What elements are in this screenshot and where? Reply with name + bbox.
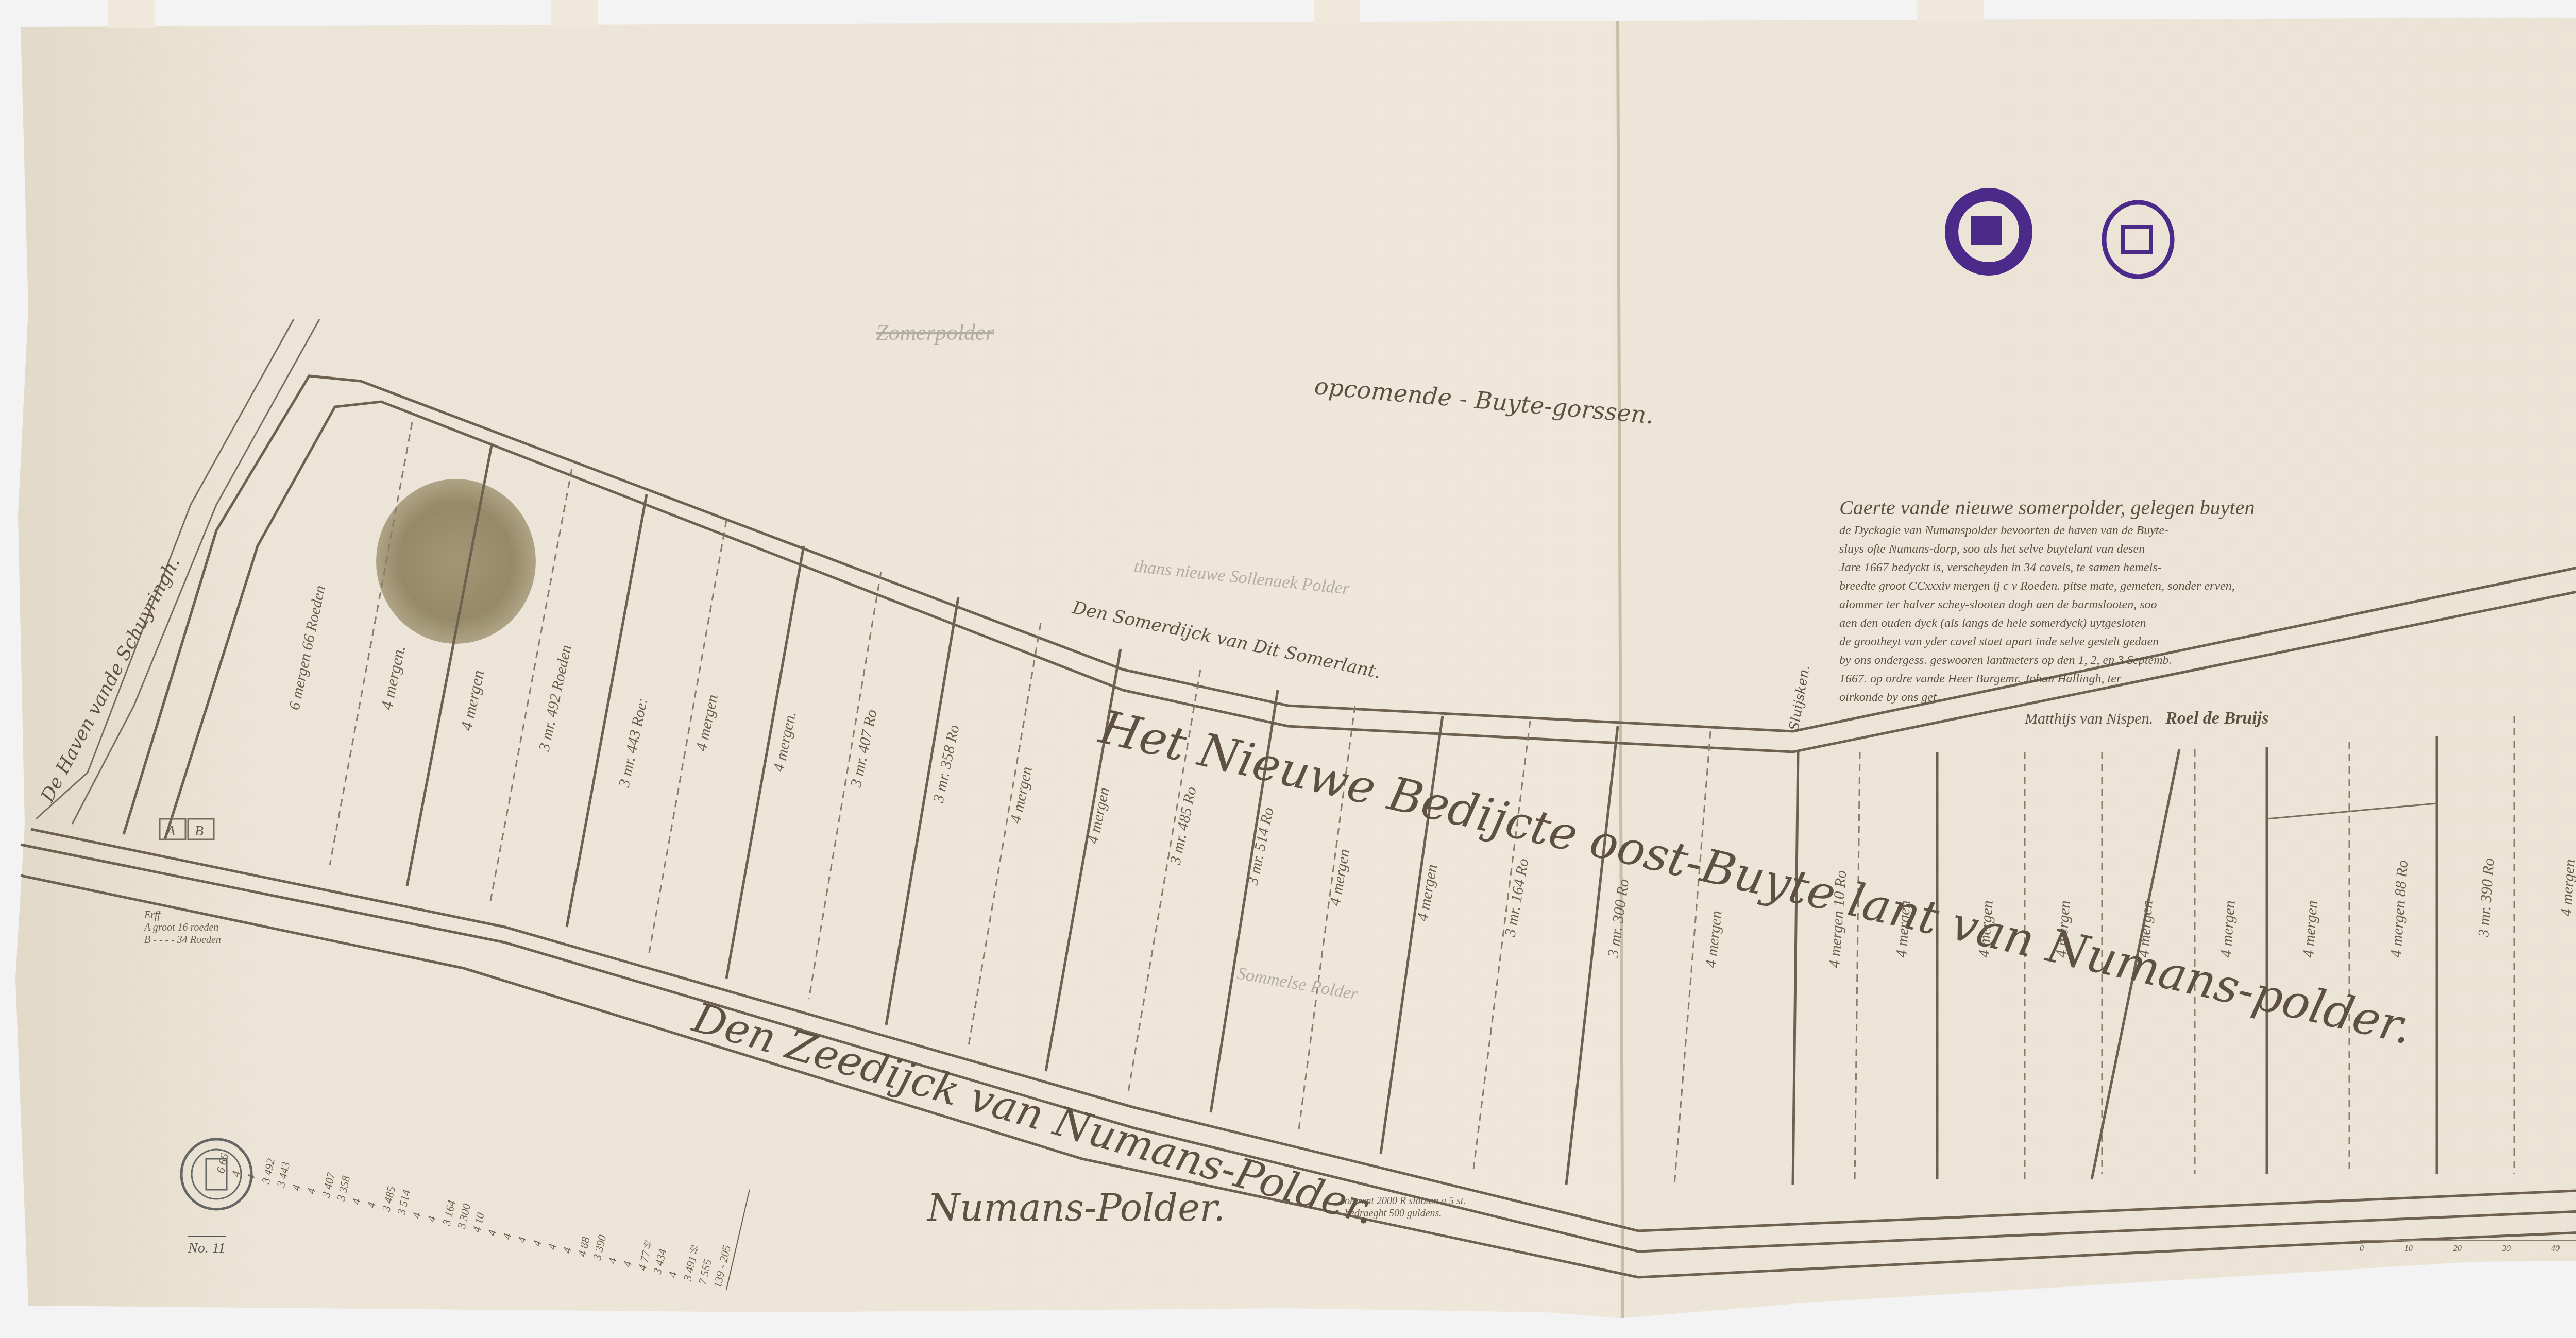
- cartouche-line: alommer ter halver schey-slooten dogh ae…: [1839, 595, 2488, 614]
- signature-surveyor-2: Roel de Bruijs: [2165, 709, 2268, 728]
- pencil-struck-label: Zomerpolder: [876, 320, 995, 345]
- svg-text:A: A: [165, 823, 176, 839]
- scale-bar: 150 pitse Roeden 01020304050607080901001…: [2360, 1223, 2576, 1254]
- water-stain: [376, 479, 536, 644]
- signature-surveyor-1: Matthijs van Nispen.: [2025, 710, 2153, 727]
- cartouche-line: de grootheyt van yder cavel staet apart …: [1839, 632, 2488, 651]
- cartouche-line: by ons ondergess. geswooren lantmeters o…: [1839, 651, 2488, 670]
- cartouche-line: aen den ouden dyck (als langs de hele so…: [1839, 614, 2488, 632]
- erven-left-heading: Erff: [144, 909, 221, 921]
- map-sheet: A B 1 2 3 4 5 6 7 opcomende - Buyte-gors…: [0, 0, 2576, 1338]
- label-lower-polder: Numans-Polder.: [926, 1186, 1225, 1229]
- cartouche-line: sluys ofte Numans-dorp, soo als het selv…: [1839, 540, 2488, 558]
- scale-bar-label: 150 pitse Roeden: [2360, 1223, 2576, 1237]
- catalogue-number: No. 11: [188, 1236, 226, 1257]
- cartouche-line: oirkonde by ons get.: [1839, 688, 2488, 707]
- cartouche-line: de Dyckagie van Numanspolder bevoorten d…: [1839, 521, 2488, 540]
- cost-note: ontrent 2000 R slooten a 5 st. bedraeght…: [1345, 1195, 1466, 1220]
- svg-text:B: B: [195, 823, 204, 839]
- cartouche-line: 1667. op ordre vande Heer Burgemr. Johan…: [1839, 670, 2488, 688]
- title-cartouche: Caerte vande nieuwe somerpolder, gelegen…: [1839, 494, 2488, 728]
- erven-legend-left: Erff A groot 16 roeden B - - - - 34 Roed…: [144, 909, 221, 946]
- cartouche-line: breedte groot CCxxxiv mergen ij c v Roed…: [1839, 577, 2488, 595]
- cartouche-heading: Caerte vande nieuwe somerpolder, gelegen…: [1839, 494, 2488, 521]
- cartouche-line: Jare 1667 bedyckt is, verscheyden in 34 …: [1839, 558, 2488, 577]
